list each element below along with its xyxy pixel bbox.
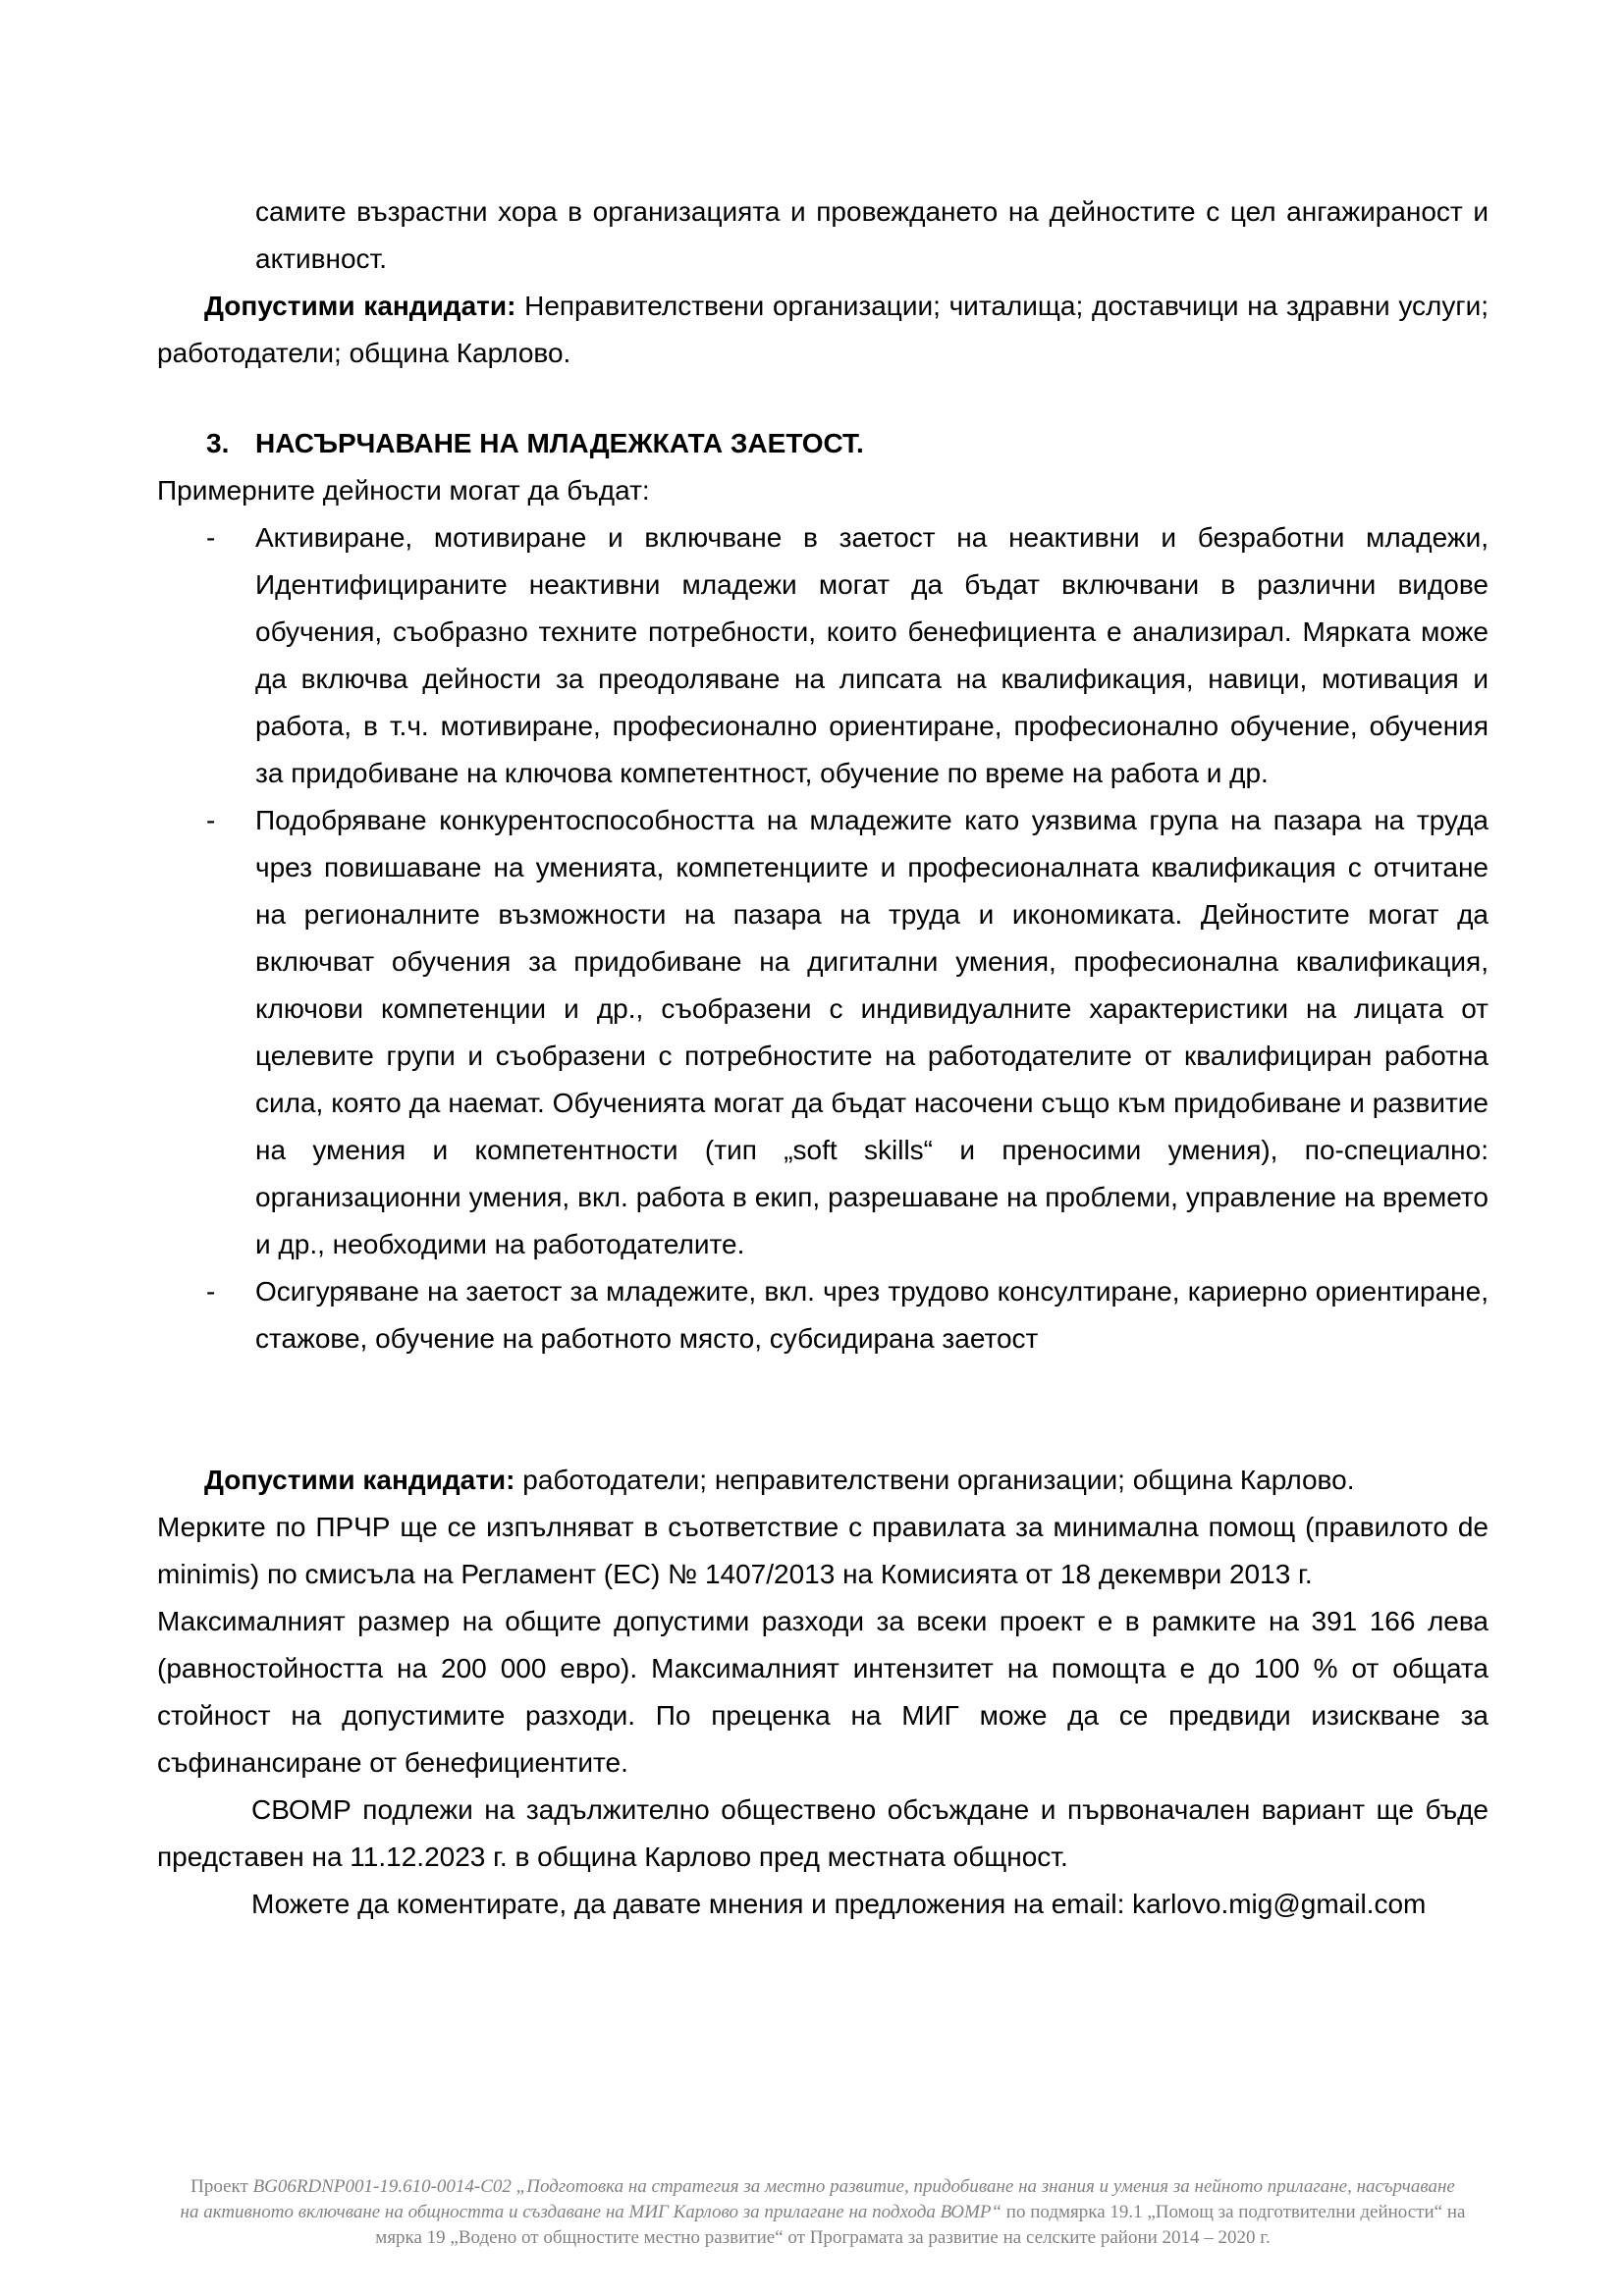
- eligible-candidates-text-2: работодатели; неправителствени организац…: [514, 1465, 1354, 1495]
- blank-line: [157, 377, 1489, 420]
- intro-line: Примерните дейности могат да бъдат:: [157, 467, 1489, 514]
- paragraph-comments-email: Можете да коментирате, да давате мнения …: [157, 1881, 1489, 1928]
- document-page: самите възрастни хора в организацията и …: [0, 0, 1624, 2296]
- list-item: -Осигуряване на заетост за младежите, вк…: [255, 1268, 1489, 1362]
- paragraph-eligible-candidates-1: Допустими кандидати: Неправителствени ор…: [157, 283, 1489, 377]
- paragraph-max-budget: Максималният размер на общите допустими …: [157, 1598, 1489, 1787]
- paragraph-eligible-candidates-2: Допустими кандидати: работодатели; непра…: [157, 1457, 1489, 1504]
- section-heading: 3.НАСЪРЧАВАНЕ НА МЛАДЕЖКАТА ЗАЕТОСТ.: [206, 420, 1489, 467]
- eligible-candidates-label-2: Допустими кандидати:: [204, 1465, 514, 1495]
- bullet-dash: -: [206, 797, 215, 844]
- footer-prefix: Проект: [190, 2176, 252, 2197]
- paragraph-continuation: самите възрастни хора в организацията и …: [255, 188, 1489, 283]
- list-item-text: Подобряване конкурентоспособността на мл…: [255, 805, 1489, 1259]
- project-footer: Проект BG06RDNP001-19.610-0014-C02 „Подг…: [180, 2174, 1466, 2251]
- list-item-text: Активиране, мотивиране и включване в зае…: [255, 522, 1489, 788]
- bullet-dash: -: [206, 514, 215, 561]
- list-item-text: Осигуряване на заетост за младежите, вкл…: [255, 1276, 1489, 1354]
- blank-line: [157, 1362, 1489, 1457]
- paragraph-svomr: СВОМР подлежи на задължително обществено…: [157, 1787, 1489, 1881]
- section-number: 3.: [206, 420, 255, 467]
- bullet-dash: -: [206, 1268, 215, 1315]
- list-item: -Подобряване конкурентоспособността на м…: [255, 797, 1489, 1268]
- paragraph-de-minimis: Мерките по ПРЧР ще се изпълняват в съотв…: [157, 1504, 1489, 1598]
- section-title: НАСЪРЧАВАНЕ НА МЛАДЕЖКАТА ЗАЕТОСТ.: [255, 428, 864, 458]
- eligible-candidates-label-1: Допустими кандидати:: [204, 291, 515, 321]
- list-item: -Активиране, мотивиране и включване в за…: [255, 514, 1489, 797]
